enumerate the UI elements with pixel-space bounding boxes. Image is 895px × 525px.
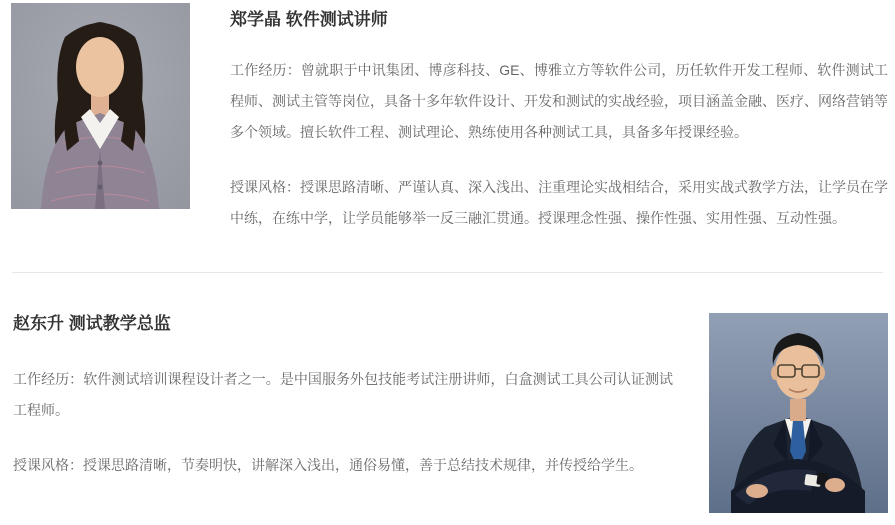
section-divider bbox=[12, 272, 883, 273]
instructor-heading-zhao-dongsheng: 赵东升 测试教学总监 bbox=[13, 312, 673, 336]
teaching-style-paragraph-zhao: 授课风格：授课思路清晰，节奏明快，讲解深入浅出，通俗易懂，善于总结技术规律，并传… bbox=[13, 450, 673, 481]
photo-zhao-dongsheng bbox=[709, 313, 888, 513]
male-portrait-illustration bbox=[709, 313, 888, 513]
photo-zheng-xuejing bbox=[11, 3, 190, 209]
profile-zheng-xuejing: 郑学晶 软件测试讲师 工作经历：曾就职于中讯集团、博彦科技、GE、博雅立方等软件… bbox=[230, 8, 888, 234]
teaching-style-paragraph-zheng: 授课风格：授课思路清晰、严谨认真、深入浅出、注重理论实战相结合，采用实战式教学方… bbox=[230, 172, 888, 234]
instructor-profiles-page: 郑学晶 软件测试讲师 工作经历：曾就职于中讯集团、博彦科技、GE、博雅立方等软件… bbox=[0, 0, 895, 525]
work-experience-paragraph-zhao: 工作经历：软件测试培训课程设计者之一。是中国服务外包技能考试注册讲师，白盒测试工… bbox=[13, 364, 673, 426]
female-portrait-illustration bbox=[11, 3, 190, 209]
instructor-heading-zheng-xuejing: 郑学晶 软件测试讲师 bbox=[230, 8, 888, 32]
work-experience-paragraph-zheng: 工作经历：曾就职于中讯集团、博彦科技、GE、博雅立方等软件公司，历任软件开发工程… bbox=[230, 55, 888, 148]
profile-zhao-dongsheng: 赵东升 测试教学总监 工作经历：软件测试培训课程设计者之一。是中国服务外包技能考… bbox=[13, 312, 673, 481]
